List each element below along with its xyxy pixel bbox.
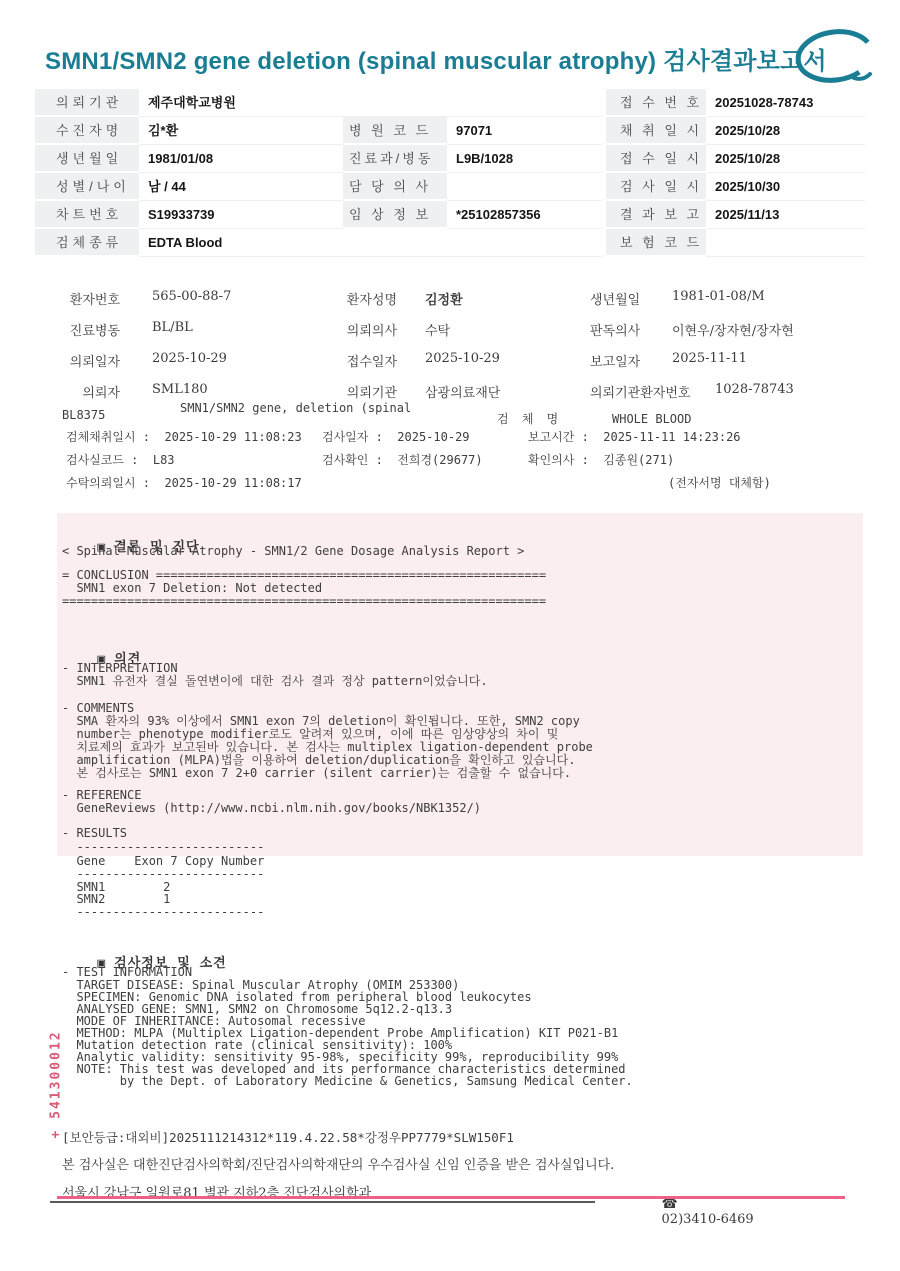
hospital-stamp-logo — [788, 26, 884, 88]
field-label: 접 수 번 호 — [606, 89, 706, 117]
field-label: 결 과 보 고 — [606, 201, 706, 229]
phone-number: 02)3410-6469 — [662, 1212, 754, 1227]
patient-field-label: 의뢰일자 — [68, 351, 120, 370]
test-code: BL8375 — [62, 409, 105, 422]
patient-field-label: 진료병동 — [68, 320, 120, 339]
patient-field-value: 2025-11-11 — [672, 351, 747, 366]
patient-field-value: SML180 — [152, 382, 208, 397]
patient-field-label: 환자번호 — [68, 289, 120, 308]
footer-rose-divider — [57, 1196, 845, 1199]
patient-field-value: 수탁 — [425, 320, 450, 339]
field-label: 수진자명 — [35, 117, 139, 145]
field-value: 2025/11/13 — [706, 201, 865, 229]
field-value: 남 / 44 — [139, 173, 343, 201]
report-line: < Spinal Muscular Atrophy - SMN1/2 Gene … — [62, 545, 524, 558]
patient-field-label: 접수일자 — [345, 351, 397, 370]
patient-field-label: 의뢰의사 — [345, 320, 397, 339]
table-row: 채 취 일 시2025/10/28 — [606, 117, 865, 145]
request-info-table: 의뢰기관제주대학교병원수진자명김*환병 원 코 드97071생년월일1981/0… — [35, 89, 602, 257]
order-field: 검사실코드 : L83 — [66, 454, 175, 467]
field-value: 20251028-78743 — [706, 89, 865, 117]
field-value: L9B/1028 — [447, 145, 602, 173]
table-row: 의뢰기관제주대학교병원 — [35, 89, 602, 117]
table-row: 검체종류EDTA Blood — [35, 229, 602, 257]
patient-field-label: 의뢰기관 — [345, 382, 397, 401]
field-label: 접 수 일 시 — [606, 145, 706, 173]
lab-phone: ☎ 02)3410-6469 — [645, 1182, 754, 1242]
patient-field-value: 삼광의료재단 — [425, 382, 500, 401]
patient-field-value: 565-00-88-7 — [152, 289, 231, 304]
report-line: SMN1 유전자 결실 돌연변이에 대한 검사 결과 정상 pattern이었습… — [62, 675, 488, 688]
field-value: 2025/10/28 — [706, 117, 865, 145]
lab-report-page: SMN1/SMN2 gene deletion (spinal muscular… — [0, 0, 900, 1271]
order-field: 보고시간 : 2025-11-11 14:23:26 — [528, 431, 741, 444]
table-row: 생년월일1981/01/08진료과/병동L9B/1028 — [35, 145, 602, 173]
field-value — [706, 229, 865, 257]
report-line: by the Dept. of Laboratory Medicine & Ge… — [62, 1075, 633, 1088]
field-label: 의뢰기관 — [35, 89, 139, 117]
field-label: 채 취 일 시 — [606, 117, 706, 145]
patient-field-label: 의뢰자 — [68, 382, 120, 401]
patient-field-label: 판독의사 — [590, 320, 640, 339]
order-field: 검사일자 : 2025-10-29 — [322, 431, 470, 444]
table-row: 성별/나이남 / 44담 당 의 사 — [35, 173, 602, 201]
report-line: 본 검사로는 SMN1 exon 7 2+0 carrier (silent c… — [62, 767, 571, 780]
order-field: 검체채취일시 : 2025-10-29 11:08:23 — [66, 431, 302, 444]
field-label: 성별/나이 — [35, 173, 139, 201]
patient-field-value: 1028-78743 — [715, 382, 794, 397]
patient-field-value: 1981-01-08/M — [672, 289, 765, 304]
field-value: 97071 — [447, 117, 602, 145]
table-row: 차트번호S19933739임 상 정 보*25102857356 — [35, 201, 602, 229]
order-field: 검사확인 : 전희경(29677) — [322, 454, 483, 467]
table-row: 검 사 일 시2025/10/30 — [606, 173, 865, 201]
phone-icon: ☎ — [662, 1197, 678, 1212]
patient-field-label: 보고일자 — [590, 351, 640, 370]
order-field: 확인의사 : 김종원(271) — [528, 454, 674, 467]
table-row: 접 수 번 호20251028-78743 — [606, 89, 865, 117]
field-value: 2025/10/30 — [706, 173, 865, 201]
patient-field-label: 생년월일 — [590, 289, 640, 308]
specimen-label: 검 체 명 — [497, 413, 561, 426]
patient-field-value: 김정환 — [425, 289, 463, 308]
field-label: 검체종류 — [35, 229, 139, 257]
specimen-value: WHOLE BLOOD — [612, 413, 691, 426]
patient-field-label: 환자성명 — [345, 289, 397, 308]
patient-field-value: BL/BL — [152, 320, 193, 335]
field-value: 1981/01/08 — [139, 145, 343, 173]
field-label: 담 당 의 사 — [343, 173, 447, 201]
report-line: -------------------------- — [62, 841, 264, 854]
table-row: 접 수 일 시2025/10/28 — [606, 145, 865, 173]
reception-info-table: 접 수 번 호20251028-78743채 취 일 시2025/10/28접 … — [606, 89, 865, 257]
field-value: EDTA Blood — [139, 229, 602, 257]
field-value: 제주대학교병원 — [139, 89, 602, 117]
security-classification-line: [보안등급:대외비]2025111214312*119.4.22.58*강정우P… — [62, 1128, 514, 1146]
order-field: 수탁의뢰일시 : 2025-10-29 11:08:17 — [66, 477, 302, 490]
patient-field-value: 2025-10-29 — [152, 351, 227, 366]
footer-dark-divider — [50, 1201, 595, 1203]
field-value: 2025/10/28 — [706, 145, 865, 173]
field-value — [447, 173, 602, 201]
accreditation-statement: 본 검사실은 대한진단검사의학회/진단검사의학재단의 우수검사실 신임 인증을 … — [62, 1154, 614, 1173]
field-value: 김*환 — [139, 117, 343, 145]
patient-field-label: 의뢰기관환자번호 — [590, 382, 690, 401]
field-label: 생년월일 — [35, 145, 139, 173]
report-line: - RESULTS — [62, 827, 127, 840]
report-line: GeneReviews (http://www.ncbi.nlm.nih.gov… — [62, 802, 481, 815]
field-label: 차트번호 — [35, 201, 139, 229]
order-field: (전자서명 대체함) — [668, 477, 771, 490]
field-label: 임 상 정 보 — [343, 201, 447, 229]
field-value: S19933739 — [139, 201, 343, 229]
report-line: ========================================… — [62, 595, 546, 608]
table-row: 수진자명김*환병 원 코 드97071 — [35, 117, 602, 145]
field-value: *25102857356 — [447, 201, 602, 229]
report-title: SMN1/SMN2 gene deletion (spinal muscular… — [45, 41, 827, 76]
table-row: 보 험 코 드 — [606, 229, 865, 257]
patient-field-value: 이현우/장자현/장자현 — [672, 320, 794, 339]
test-name: SMN1/SMN2 gene, deletion (spinal — [180, 402, 411, 415]
field-label: 보 험 코 드 — [606, 229, 706, 257]
field-label: 병 원 코 드 — [343, 117, 447, 145]
table-row: 결 과 보 고2025/11/13 — [606, 201, 865, 229]
field-label: 진료과/병동 — [343, 145, 447, 173]
field-label: 검 사 일 시 — [606, 173, 706, 201]
patient-field-value: 2025-10-29 — [425, 351, 500, 366]
report-line: -------------------------- — [62, 906, 264, 919]
